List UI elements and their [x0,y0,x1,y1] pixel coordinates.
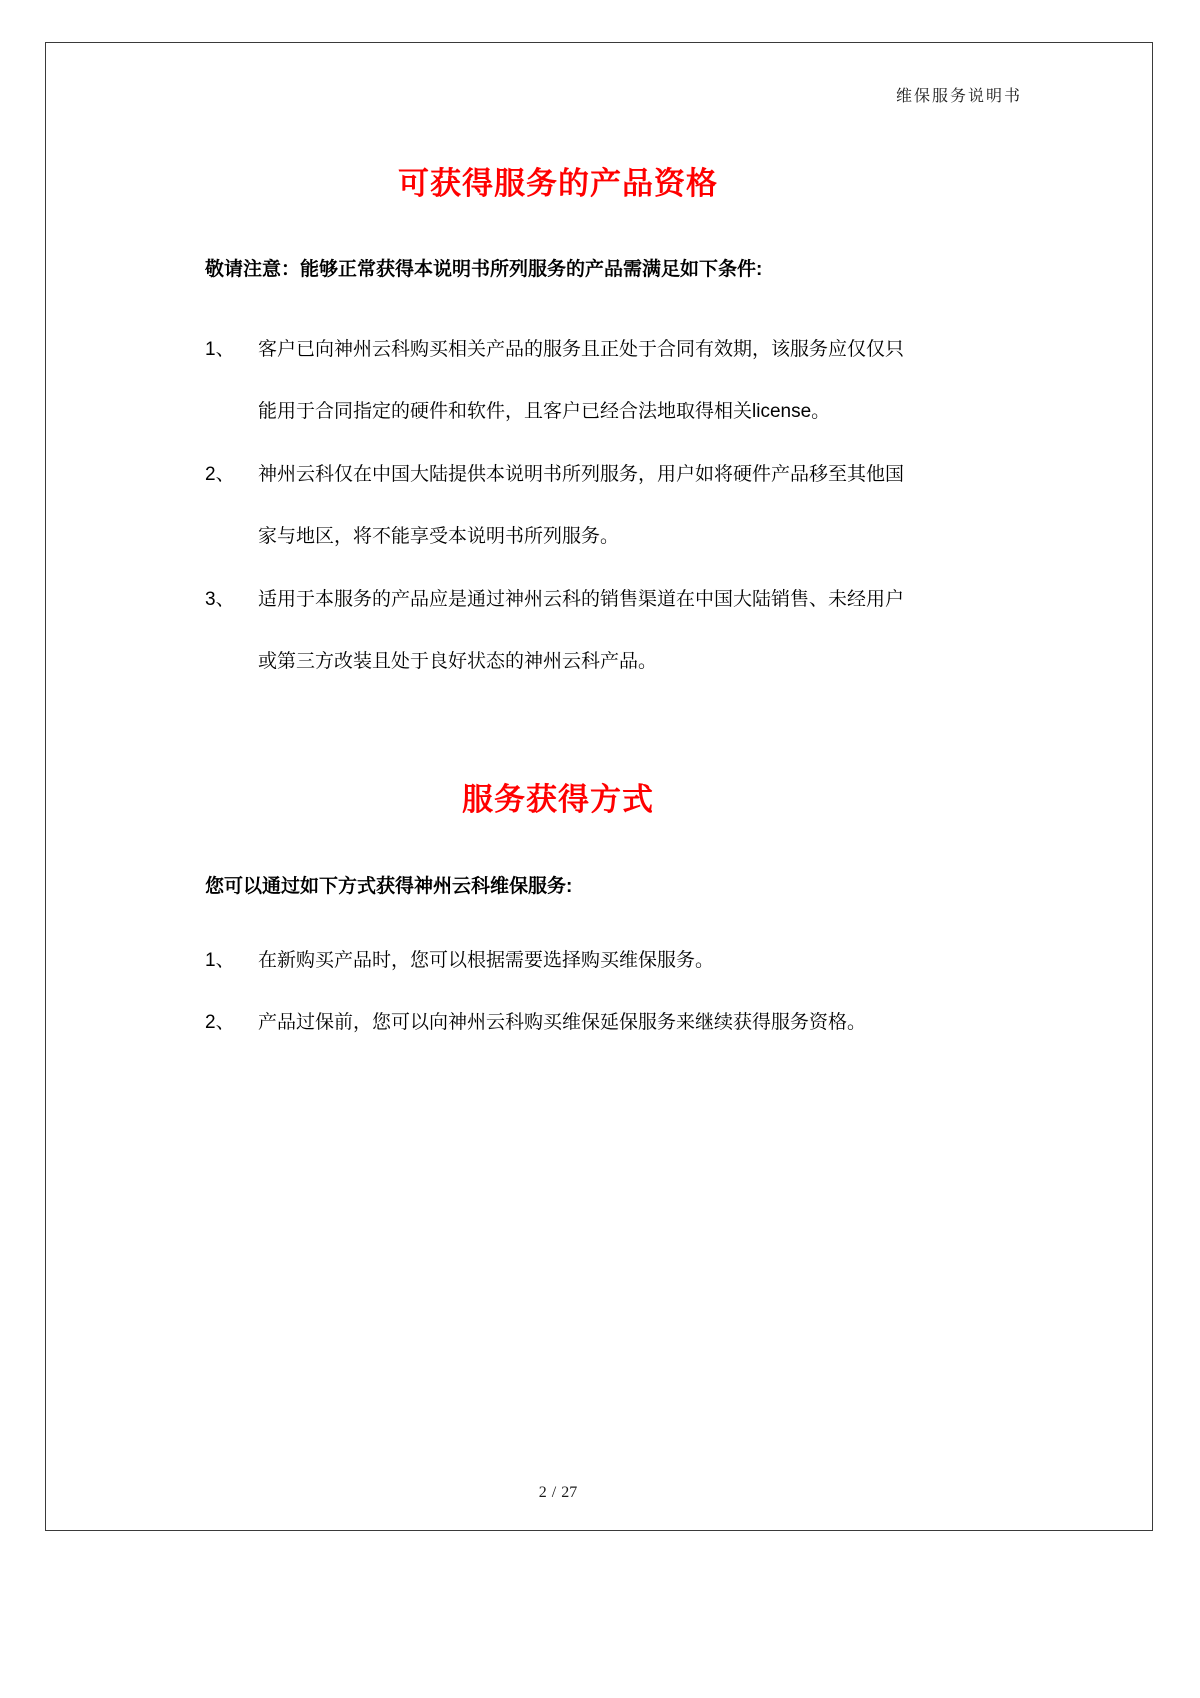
list-item: 2、神州云科仅在中国大陆提供本说明书所列服务，用户如将硬件产品移至其他国 [205,463,904,487]
list-item: 2、产品过保前，您可以向神州云科购买维保延保服务来继续获得服务资格。 [205,1011,866,1035]
list-item: 1、在新购买产品时，您可以根据需要选择购买维保服务。 [205,949,714,973]
total-page-count: 27 [561,1484,577,1501]
list-item-number: 3、 [205,588,258,612]
current-page-number: 2 [539,1484,547,1501]
list-item-text: 神州云科仅在中国大陆提供本说明书所列服务，用户如将硬件产品移至其他国 [258,464,904,485]
list-item-number: 1、 [205,949,258,973]
list-item-continuation: 能用于合同指定的硬件和软件，且客户已经合法地取得相关license。 [258,400,830,424]
list-item-text: 产品过保前，您可以向神州云科购买维保延保服务来继续获得服务资格。 [258,1012,866,1033]
list-item-text: 在新购买产品时，您可以根据需要选择购买维保服务。 [258,950,714,971]
list-item: 3、适用于本服务的产品应是通过神州云科的销售渠道在中国大陆销售、未经用户 [205,588,904,612]
list-item: 1、客户已向神州云科购买相关产品的服务且正处于合同有效期，该服务应仅仅只 [205,338,904,362]
list-item-text: 适用于本服务的产品应是通过神州云科的销售渠道在中国大陆销售、未经用户 [258,589,904,610]
section-1-intro: 敬请注意：能够正常获得本说明书所列服务的产品需满足如下条件: [205,258,762,282]
list-item-continuation: 家与地区，将不能享受本说明书所列服务。 [258,525,619,549]
page-number-divider: / [547,1484,561,1501]
list-item-text: 客户已向神州云科购买相关产品的服务且正处于合同有效期，该服务应仅仅只 [258,339,904,360]
section-title-service-acquisition: 服务获得方式 [0,774,1116,819]
list-item-number: 2、 [205,1011,258,1035]
section-2-intro: 您可以通过如下方式获得神州云科维保服务: [205,875,572,899]
list-item-number: 1、 [205,338,258,362]
list-item-continuation: 或第三方改装且处于良好状态的神州云科产品。 [258,650,657,674]
section-title-product-eligibility: 可获得服务的产品资格 [0,158,1116,203]
document-page: 维保服务说明书 可获得服务的产品资格 敬请注意：能够正常获得本说明书所列服务的产… [0,0,1200,1698]
document-header-title: 维保服务说明书 [896,83,1022,106]
list-item-number: 2、 [205,463,258,487]
page-footer: 2/27 [0,1484,1116,1502]
